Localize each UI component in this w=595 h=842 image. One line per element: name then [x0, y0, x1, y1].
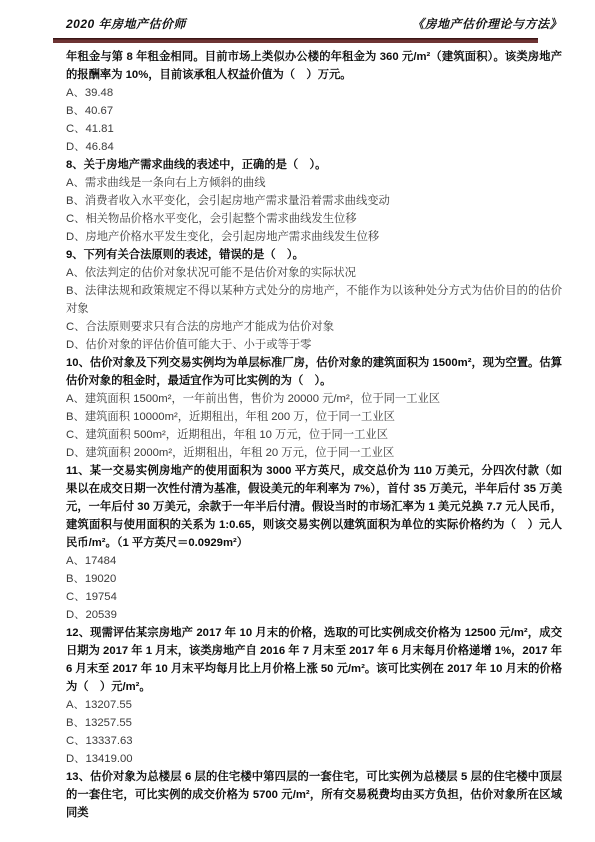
page-header: 2020 年房地产估价师 《房地产估价理论与方法》	[66, 15, 562, 32]
question-11: 11、某一交易实例房地产的使用面积为 3000 平方英尺，成交总价为 110 万…	[66, 462, 562, 624]
header-divider	[53, 38, 538, 43]
option-d: D、建筑面积 2000m²，近期租出，年租 20 万元，位于同一工业区	[66, 444, 562, 462]
exam-page: 2020 年房地产估价师 《房地产估价理论与方法》 年租金与第 8 年租金相同。…	[0, 0, 595, 842]
question-stem: 13、估价对象为总楼层 6 层的住宅楼中第四层的一套住宅，可比实例为总楼层 5 …	[66, 768, 562, 822]
option-c: C、相关物品价格水平变化，会引起整个需求曲线发生位移	[66, 210, 562, 228]
question-13: 13、估价对象为总楼层 6 层的住宅楼中第四层的一套住宅，可比实例为总楼层 5 …	[66, 768, 562, 822]
option-d: D、46.84	[66, 138, 562, 156]
option-b: B、40.67	[66, 102, 562, 120]
question-list: 年租金与第 8 年租金相同。目前市场上类似办公楼的年租金为 360 元/m²（建…	[66, 48, 562, 822]
question-12: 12、现需评估某宗房地产 2017 年 10 月末的价格，选取的可比实例成交价格…	[66, 624, 562, 768]
question-stem: 10、估价对象及下列交易实例均为单层标准厂房，估价对象的建筑面积为 1500m²…	[66, 354, 562, 390]
question-stem: 9、下列有关合法原则的表述，错误的是（ ）。	[66, 246, 562, 264]
option-a: A、建筑面积 1500m²，一年前出售，售价为 20000 元/m²，位于同一工…	[66, 390, 562, 408]
question-7-continuation: 年租金与第 8 年租金相同。目前市场上类似办公楼的年租金为 360 元/m²（建…	[66, 48, 562, 156]
option-a: A、17484	[66, 552, 562, 570]
option-a: A、依法判定的估价对象状况可能不是估价对象的实际状况	[66, 264, 562, 282]
question-stem: 11、某一交易实例房地产的使用面积为 3000 平方英尺，成交总价为 110 万…	[66, 462, 562, 552]
question-stem: 12、现需评估某宗房地产 2017 年 10 月末的价格，选取的可比实例成交价格…	[66, 624, 562, 696]
option-d: D、20539	[66, 606, 562, 624]
option-a: A、13207.55	[66, 696, 562, 714]
option-c: C、合法原则要求只有合法的房地产才能成为估价对象	[66, 318, 562, 336]
option-c: C、建筑面积 500m²，近期租出，年租 10 万元，位于同一工业区	[66, 426, 562, 444]
option-d: D、估价对象的评估价值可能大于、小于或等于零	[66, 336, 562, 354]
question-10: 10、估价对象及下列交易实例均为单层标准厂房，估价对象的建筑面积为 1500m²…	[66, 354, 562, 462]
option-b: B、消费者收入水平变化，会引起房地产需求量沿着需求曲线变动	[66, 192, 562, 210]
question-stem: 8、关于房地产需求曲线的表述中，正确的是（ ）。	[66, 156, 562, 174]
option-b: B、建筑面积 10000m²，近期租出，年租 200 万，位于同一工业区	[66, 408, 562, 426]
question-8: 8、关于房地产需求曲线的表述中，正确的是（ ）。 A、需求曲线是一条向右上方倾斜…	[66, 156, 562, 246]
option-a: A、39.48	[66, 84, 562, 102]
question-9: 9、下列有关合法原则的表述，错误的是（ ）。 A、依法判定的估价对象状况可能不是…	[66, 246, 562, 354]
option-a: A、需求曲线是一条向右上方倾斜的曲线	[66, 174, 562, 192]
option-c: C、41.81	[66, 120, 562, 138]
option-b: B、19020	[66, 570, 562, 588]
question-stem: 年租金与第 8 年租金相同。目前市场上类似办公楼的年租金为 360 元/m²（建…	[66, 48, 562, 84]
option-d: D、房地产价格水平发生变化，会引起房地产需求曲线发生位移	[66, 228, 562, 246]
option-b: B、13257.55	[66, 714, 562, 732]
option-d: D、13419.00	[66, 750, 562, 768]
course-title: 《房地产估价理论与方法》	[412, 15, 562, 32]
option-c: C、19754	[66, 588, 562, 606]
option-b: B、法律法规和政策规定不得以某种方式处分的房地产，不能作为以该种处分方式为估价目…	[66, 282, 562, 318]
exam-title: 2020 年房地产估价师	[66, 15, 186, 32]
option-c: C、13337.63	[66, 732, 562, 750]
